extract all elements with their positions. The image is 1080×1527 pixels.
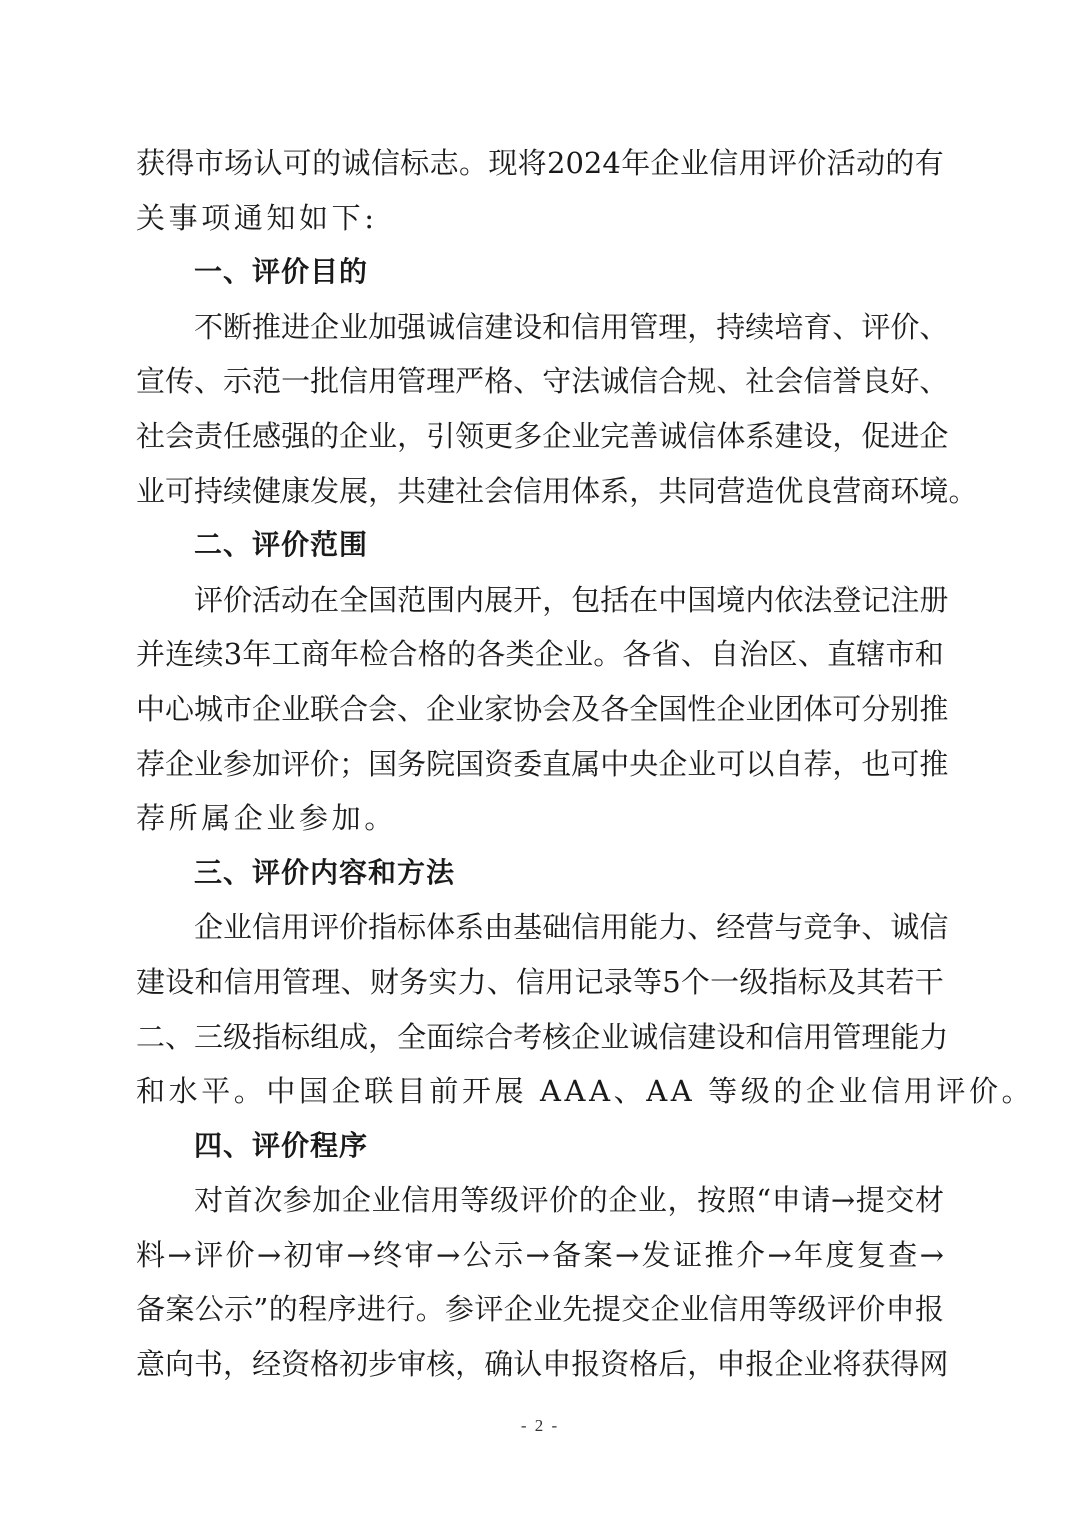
page-number: - 2 - (0, 1416, 1080, 1436)
section-heading-procedure: 四、评价程序 (136, 1119, 944, 1174)
paragraph-line: 企业信用评价指标体系由基础信用能力、经营与竞争、诚信 (136, 900, 944, 955)
paragraph-line: 社会责任感强的企业，引领更多企业完善诚信体系建设，促进企 (136, 409, 944, 464)
section-heading-scope: 二、评价范围 (136, 518, 944, 573)
document-body: 获得市场认可的诚信标志。现将2024年企业信用评价活动的有 关事项通知如下: 一… (136, 136, 944, 1392)
paragraph-line: 意向书，经资格初步审核，确认申报资格后，申报企业将获得网 (136, 1337, 944, 1392)
paragraph-line: 中心城市企业联合会、企业家协会及各全国性企业团体可分别推 (136, 682, 944, 737)
paragraph-line: 并连续3年工商年检合格的各类企业。各省、自治区、直辖市和 (136, 627, 944, 682)
paragraph-line: 关事项通知如下: (136, 191, 944, 246)
paragraph-line: 获得市场认可的诚信标志。现将2024年企业信用评价活动的有 (136, 136, 944, 191)
paragraph-line: 业可持续健康发展，共建社会信用体系，共同营造优良营商环境。 (136, 464, 944, 519)
paragraph-line: 和水平。中国企联目前开展 AAA、AA 等级的企业信用评价。 (136, 1064, 944, 1119)
section-heading-content-method: 三、评价内容和方法 (136, 846, 944, 901)
paragraph-line: 不断推进企业加强诚信建设和信用管理，持续培育、评价、 (136, 300, 944, 355)
paragraph-line: 备案公示”的程序进行。参评企业先提交企业信用等级评价申报 (136, 1282, 944, 1337)
paragraph-line: 建设和信用管理、财务实力、信用记录等5个一级指标及其若干 (136, 955, 944, 1010)
paragraph-line: 宣传、示范一批信用管理严格、守法诚信合规、社会信誉良好、 (136, 354, 944, 409)
paragraph-line: 评价活动在全国范围内展开，包括在中国境内依法登记注册 (136, 573, 944, 628)
paragraph-line: 荐所属企业参加。 (136, 791, 944, 846)
document-page: 获得市场认可的诚信标志。现将2024年企业信用评价活动的有 关事项通知如下: 一… (0, 0, 1080, 1527)
paragraph-line: 料→评价→初审→终审→公示→备案→发证推介→年度复查→ (136, 1228, 944, 1283)
section-heading-purpose: 一、评价目的 (136, 245, 944, 300)
paragraph-line: 荐企业参加评价；国务院国资委直属中央企业可以自荐，也可推 (136, 737, 944, 792)
paragraph-line: 对首次参加企业信用等级评价的企业，按照“申请→提交材 (136, 1173, 944, 1228)
paragraph-line: 二、三级指标组成，全面综合考核企业诚信建设和信用管理能力 (136, 1010, 944, 1065)
